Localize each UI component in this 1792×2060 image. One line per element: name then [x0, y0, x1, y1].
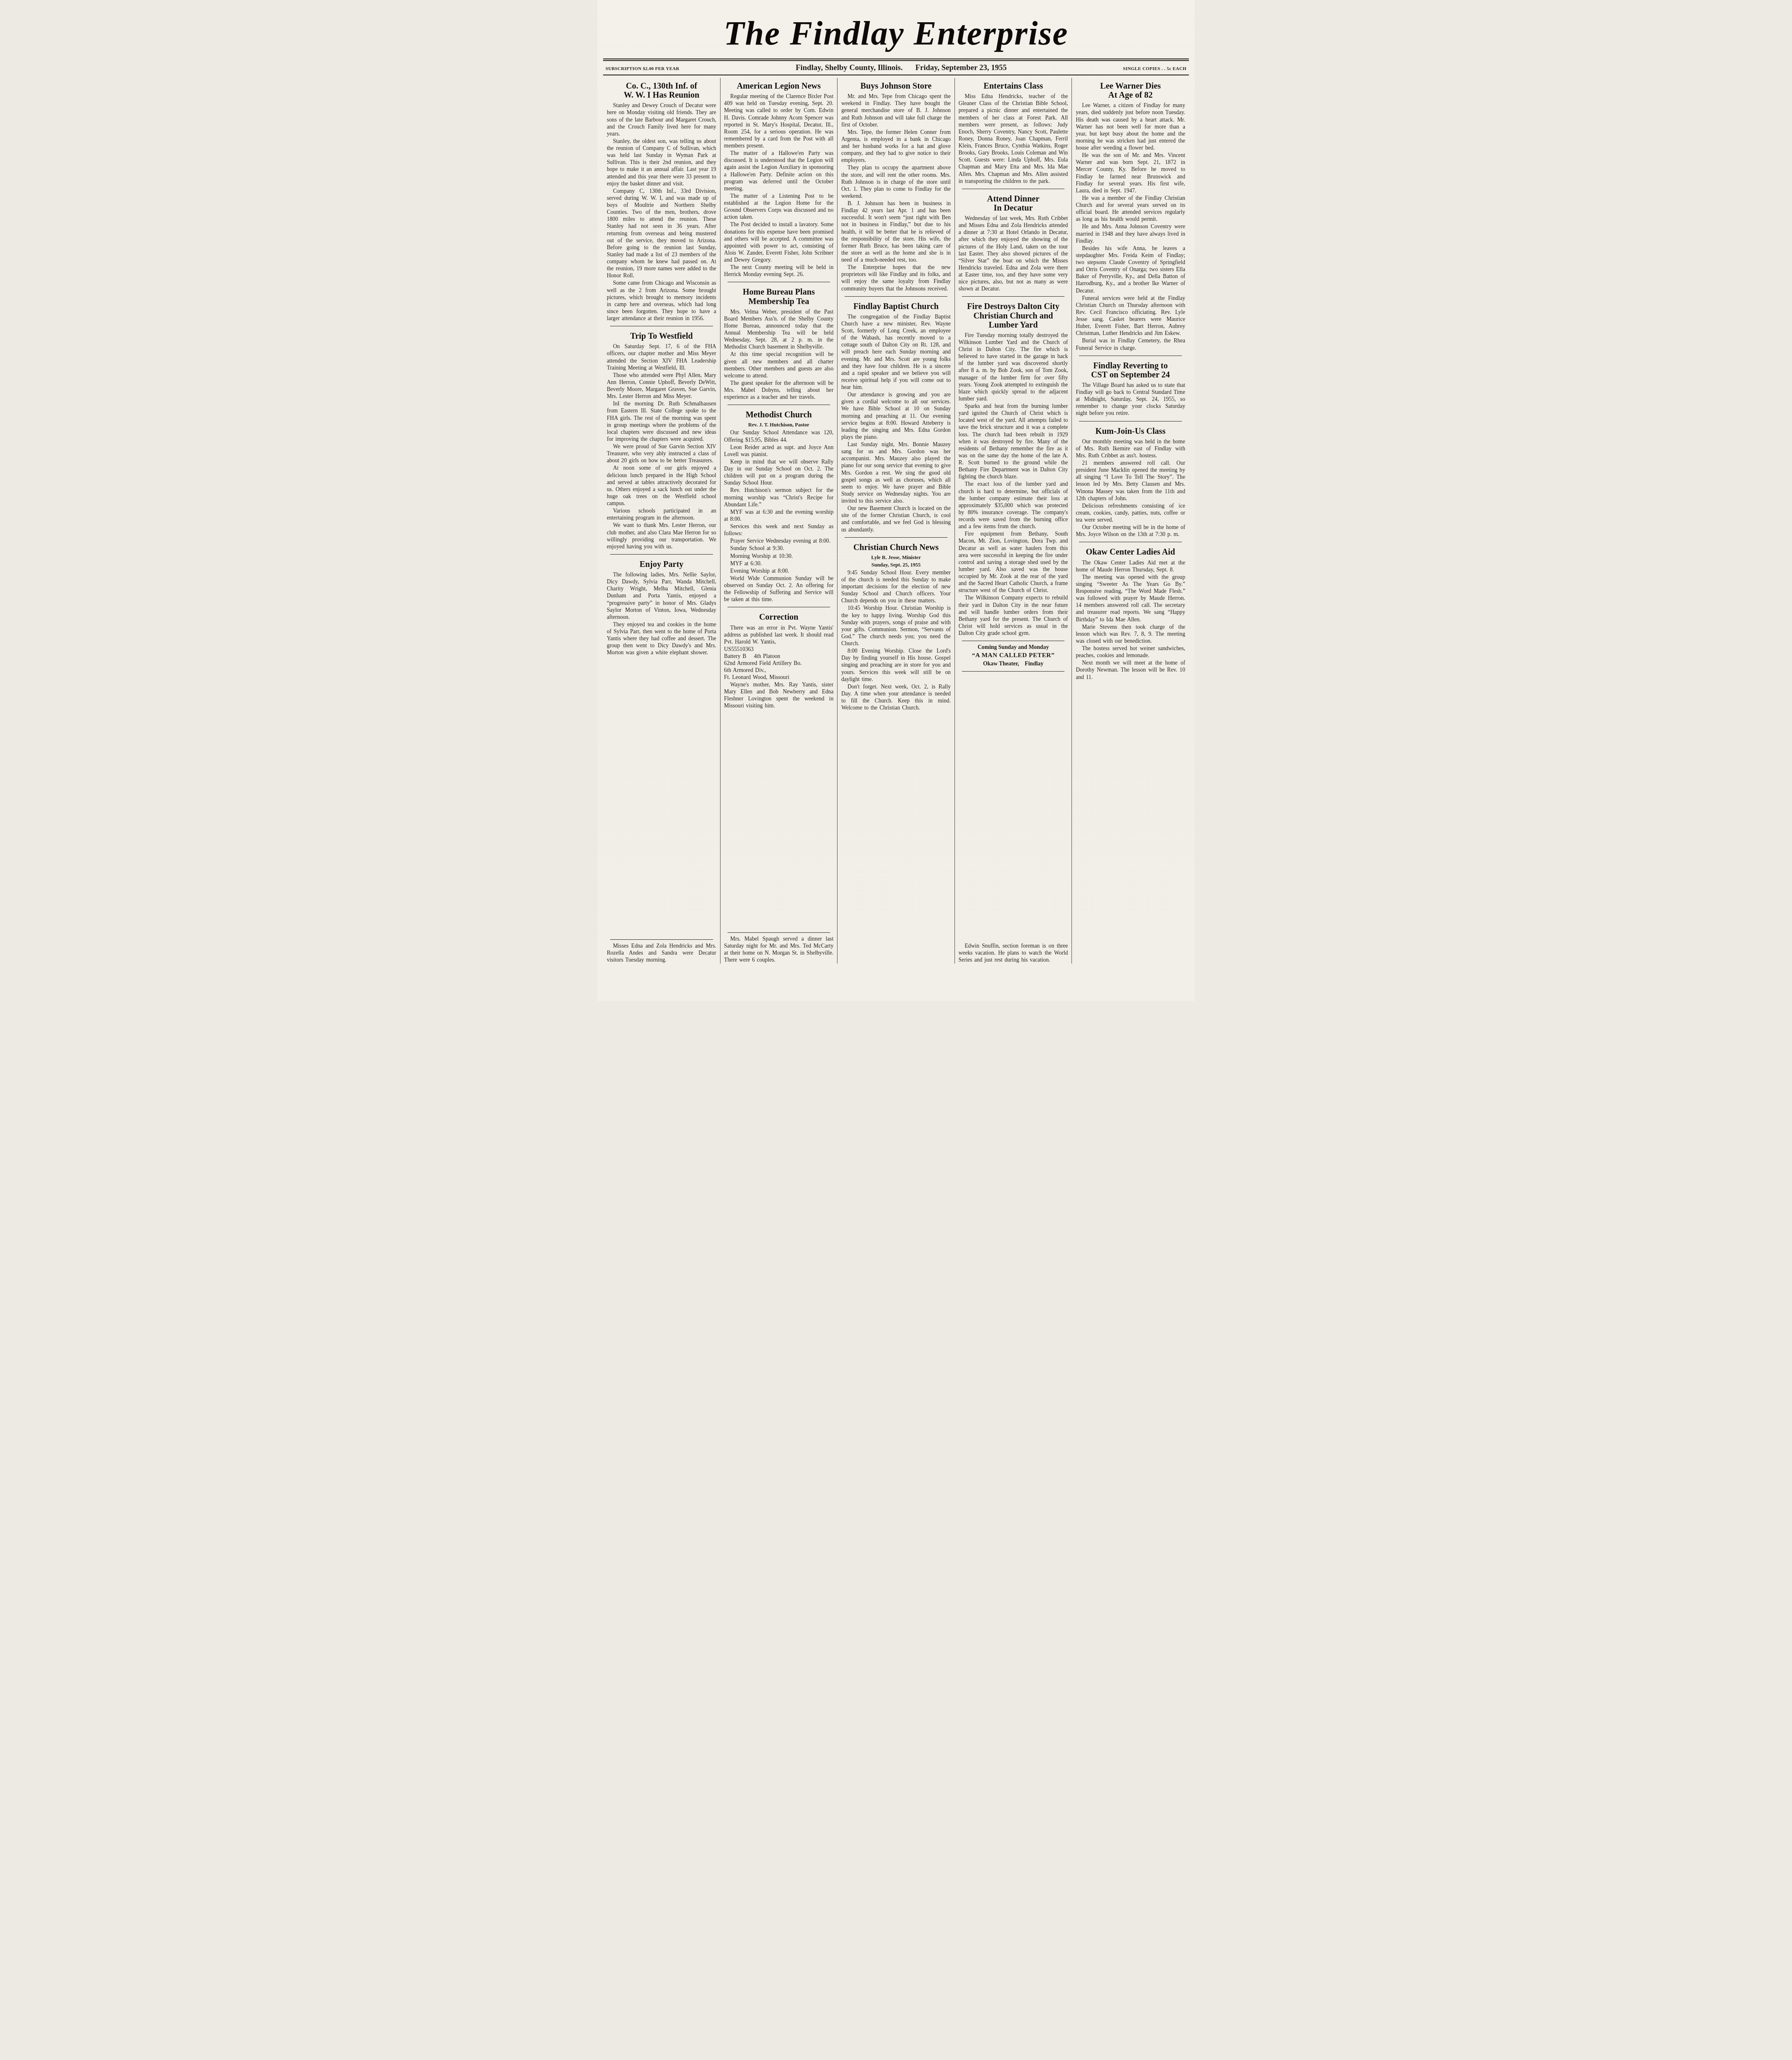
section-rule — [1079, 421, 1182, 421]
article-subhead: Sunday, Sept. 25, 1955 — [841, 562, 951, 568]
paragraph: Delicious refreshments consisting of ice… — [1076, 502, 1185, 523]
article-headline: Enjoy Party — [607, 560, 716, 569]
section-rule — [728, 405, 830, 405]
paragraph: Mrs. Velma Weber, president of the Past … — [724, 308, 834, 351]
paragraph: Burial was in Findlay Cemetery, the Rhea… — [1076, 337, 1185, 351]
columns: Co. C., 130th Inf. ofW. W. I Has Reunion… — [603, 78, 1189, 964]
paragraph: The following ladies, Mrs. Nellie Saylor… — [607, 571, 716, 620]
article-headline: Co. C., 130th Inf. ofW. W. I Has Reunion — [607, 82, 716, 100]
dateline: SUBSCRIPTION $2.00 PER YEAR Findlay, She… — [603, 61, 1189, 75]
newspaper-column: American Legion NewsRegular meeting of t… — [720, 78, 838, 964]
headline-line: Methodist Church — [724, 410, 834, 419]
headline-line: Kum-Join-Us Class — [1076, 427, 1185, 436]
article-headline: Home Bureau PlansMembership Tea — [724, 288, 834, 306]
headline-line: Correction — [724, 613, 834, 622]
article-headline: Correction — [724, 613, 834, 622]
headline-line: W. W. I Has Reunion — [607, 91, 716, 100]
section-rule — [1079, 542, 1182, 542]
paragraph: Our attendance is growing and you are gi… — [841, 391, 951, 440]
masthead-title: The Findlay Enterprise — [603, 16, 1189, 50]
paragraph: Regular meeting of the Clarence Bixler P… — [724, 93, 834, 149]
paragraph: The congregation of the Findlay Baptist … — [841, 313, 951, 391]
paragraph: InI the morning Dr. Ruth Schmalhausen fr… — [607, 400, 716, 442]
paragraph: The Village Board has asked us to state … — [1076, 382, 1185, 417]
headline-line: CST on September 24 — [1076, 370, 1185, 379]
section-rule — [728, 607, 830, 607]
address-line: Ft. Leonard Wood, Missouri — [724, 674, 834, 681]
paragraph: Sparks and heat from the burning lumber … — [959, 403, 1068, 480]
subscription-label: SUBSCRIPTION $2.00 PER YEAR — [606, 66, 679, 71]
section-rule — [610, 326, 713, 326]
paragraph: Stanley, the oldest son, was telling us … — [607, 138, 716, 187]
paragraph: Funeral services were held at the Findla… — [1076, 295, 1185, 337]
headline-line: Entertains Class — [959, 82, 1068, 91]
article-subhead: Rev. J. T. Hutchison, Pastor — [724, 422, 834, 428]
paragraph: He and Mrs. Anna Johnson Coventry were m… — [1076, 223, 1185, 244]
section-rule — [728, 282, 830, 282]
section-rule — [962, 189, 1065, 189]
section-rule — [1079, 356, 1182, 356]
article-subhead: Lyle R. Jesse, Minister — [841, 555, 951, 561]
article-headline: Fire Destroys Dalton CityChristian Churc… — [959, 302, 1068, 329]
paragraph: B. J. Johnson has been in business in Fi… — [841, 200, 951, 263]
column-spacer — [724, 709, 834, 929]
paragraph: 8:00 Evening Worship. Close the Lord's D… — [841, 647, 951, 683]
issue-date: Friday, September 23, 1955 — [915, 63, 1007, 72]
paragraph: MYF at 6:30. — [724, 560, 834, 567]
headline-line: In Decatur — [959, 204, 1068, 213]
headline-line: Fire Destroys Dalton City — [959, 302, 1068, 311]
paragraph: Mr. and Mrs. Tepe from Chicago spent the… — [841, 93, 951, 128]
paragraph: Next month we will meet at the home of D… — [1076, 659, 1185, 680]
paragraph: Fire Tuesday morning totally destroyed t… — [959, 332, 1068, 402]
paragraph: The meeting was opened with the group si… — [1076, 574, 1185, 623]
headline-line: Findlay Reverting to — [1076, 361, 1185, 370]
paragraph: 9:45 Sunday School Hour. Every member of… — [841, 569, 951, 604]
newspaper-column: Co. C., 130th Inf. ofW. W. I Has Reunion… — [603, 78, 720, 964]
paragraph: At noon some of our girls enjoyed a deli… — [607, 464, 716, 507]
article-headline: Findlay Reverting toCST on September 24 — [1076, 361, 1185, 379]
headline-line: Enjoy Party — [607, 560, 716, 569]
single-copies-label: SINGLE COPIES . . 5c EACH — [1123, 66, 1186, 71]
headline-line: Lumber Yard — [959, 321, 1068, 330]
paragraph: Stanley and Dewey Crouch of Decatur were… — [607, 102, 716, 137]
paragraph: Miss Edna Hendricks, teacher of the Glea… — [959, 93, 1068, 185]
paragraph: Lee Warner, a citizen of Findlay for man… — [1076, 102, 1185, 151]
paragraph: The next County meeting will be held in … — [724, 264, 834, 278]
headline-line: Christian Church News — [841, 543, 951, 552]
paragraph: Mrs. Mabel Spaugh served a dinner last S… — [724, 935, 834, 964]
dateline-rule — [603, 75, 1189, 75]
paragraph: Don't forget. Next week, Oct. 2, is Rall… — [841, 683, 951, 712]
paragraph: He was the son of Mr. and Mrs. Vincent W… — [1076, 152, 1185, 194]
article-headline: Buys Johnson Store — [841, 82, 951, 91]
paragraph: 21 members answered roll call. Our presi… — [1076, 459, 1185, 502]
headline-line: Membership Tea — [724, 297, 834, 306]
paragraph: Fire equipment from Bethany, South Macon… — [959, 530, 1068, 594]
paragraph: Misses Edna and Zola Hendricks and Mrs. … — [607, 942, 716, 963]
headline-line: American Legion News — [724, 82, 834, 91]
section-rule — [845, 296, 947, 297]
article-headline: Entertains Class — [959, 82, 1068, 91]
paragraph: Leon Reider acted as supt. and Joyce Ann… — [724, 444, 834, 458]
headline-line: Christian Church and — [959, 311, 1068, 321]
paragraph: Prayer Service Wednesday evening at 8:00… — [724, 537, 834, 544]
address-line: 6th Armored Div., — [724, 667, 834, 674]
address-line: US55510363 — [724, 646, 834, 653]
article-headline: Kum-Join-Us Class — [1076, 427, 1185, 436]
section-rule — [962, 641, 1065, 641]
article-headline: Attend DinnerIn Decatur — [959, 194, 1068, 213]
paragraph: Our October meeting will be in the home … — [1076, 524, 1185, 538]
headline-line: Trip To Westfield — [607, 332, 716, 341]
paragraph: We want to thank Mrs. Lester Herron, our… — [607, 522, 716, 550]
column-spacer — [607, 657, 716, 936]
paragraph: Last Sunday night, Mrs. Bonnie Mauzey sa… — [841, 441, 951, 504]
paragraph: The Okaw Center Ladies Aid met at the ho… — [1076, 559, 1185, 573]
newspaper-column: Buys Johnson StoreMr. and Mrs. Tepe from… — [837, 78, 954, 964]
paragraph: Those who attended were Phyl Allen, Mary… — [607, 372, 716, 400]
paragraph: They plan to occupy the apartment above … — [841, 164, 951, 199]
headline-line: Home Bureau Plans — [724, 288, 834, 297]
headline-line: Buys Johnson Store — [841, 82, 951, 91]
paragraph: World Wide Communion Sunday will be obse… — [724, 575, 834, 603]
paragraph: Our Sunday School Attendance was 120, Of… — [724, 429, 834, 443]
section-rule — [962, 671, 1065, 672]
headline-line: Lee Warner Dies — [1076, 82, 1185, 91]
address-line: Battery B 4th Platoon — [724, 653, 834, 660]
issue-place: Findlay, Shelby County, Illinois. — [795, 63, 903, 72]
newspaper-column: Lee Warner DiesAt Age of 82Lee Warner, a… — [1071, 78, 1189, 964]
paragraph: The Wilkinson Company expects to rebuild… — [959, 594, 1068, 637]
paragraph: Services this week and next Sunday as fo… — [724, 523, 834, 537]
paragraph: The hostess served hot weiner sandwiches… — [1076, 645, 1185, 659]
section-rule — [610, 554, 713, 555]
paragraph: 10:45 Worship Hour. Christian Worship is… — [841, 604, 951, 647]
article-headline: Trip To Westfield — [607, 332, 716, 341]
headline-line: At Age of 82 — [1076, 91, 1185, 100]
paragraph: Company C, 130th Inf., 33rd Division, se… — [607, 187, 716, 279]
paragraph: The guest speaker for the afternoon will… — [724, 379, 834, 400]
paragraph: Wayne's mother, Mrs. Ray Yantis, sister … — [724, 681, 834, 709]
paragraph: Marie Stevens then took charge of the le… — [1076, 623, 1185, 644]
paragraph: Morning Worship at 10:30. — [724, 552, 834, 559]
newspaper-page: The Findlay Enterprise SUBSCRIPTION $2.0… — [597, 0, 1195, 1001]
article-headline: Findlay Baptist Church — [841, 302, 951, 311]
paragraph: The Enterprise hopes that the new propri… — [841, 264, 951, 292]
paragraph: There was an error in Pvt. Wayne Yantis'… — [724, 624, 834, 645]
paragraph: We were proud of Sue Garvin Section XIV … — [607, 443, 716, 464]
paragraph: Keep in mind that we will observe Rally … — [724, 458, 834, 487]
article-headline: Okaw Center Ladies Aid — [1076, 548, 1185, 557]
section-rule — [610, 939, 713, 940]
section-rule — [728, 932, 830, 933]
address-line: 62nd Armored Field Artillery Bo. — [724, 660, 834, 667]
article-headline: Methodist Church — [724, 410, 834, 419]
masthead: The Findlay Enterprise — [603, 4, 1189, 54]
column-spacer — [959, 674, 1068, 942]
paragraph: Besides his wife Anna, he leaves a stepd… — [1076, 245, 1185, 294]
headline-line: Attend Dinner — [959, 194, 1068, 204]
article-headline: Lee Warner DiesAt Age of 82 — [1076, 82, 1185, 100]
article-headline: Christian Church News — [841, 543, 951, 552]
issue-line: Findlay, Shelby County, Illinois. Friday… — [795, 63, 1006, 73]
newspaper-column: Entertains ClassMiss Edna Hendricks, tea… — [954, 78, 1072, 964]
paragraph: Wednesday of last week, Mrs. Ruth Cribbe… — [959, 215, 1068, 292]
paragraph: Edwin Snuffin, section foreman is on thr… — [959, 942, 1068, 963]
section-rule — [845, 537, 947, 538]
headline-line: Co. C., 130th Inf. of — [607, 82, 716, 91]
article-headline: American Legion News — [724, 82, 834, 91]
paragraph: Mrs. Tepe, the former Helen Conner from … — [841, 129, 951, 164]
headline-line: Findlay Baptist Church — [841, 302, 951, 311]
paragraph: Evening Worship at 8:00. — [724, 567, 834, 574]
theater-ad-line: Coming Sunday and Monday — [959, 644, 1068, 651]
paragraph: Various schools participated in an enter… — [607, 507, 716, 521]
paragraph: MYF was at 6:30 and the evening worship … — [724, 508, 834, 522]
paragraph: The exact loss of the lumber yard and ch… — [959, 480, 1068, 530]
paragraph: On Saturday Sept. 17, 6 of the FHA offic… — [607, 343, 716, 371]
paragraph: Rev. Hutchison's sermon subject for the … — [724, 487, 834, 508]
theater-ad-line: “A MAN CALLED PETER” — [959, 651, 1068, 660]
paragraph: They enjoyed tea and cookies in the home… — [607, 621, 716, 656]
paragraph: The matter of a Hallowe'en Party was dis… — [724, 150, 834, 192]
paragraph: The matter of a Listening Post to be est… — [724, 192, 834, 221]
headline-line: Okaw Center Ladies Aid — [1076, 548, 1185, 557]
paragraph: Our new Basement Church is located on th… — [841, 505, 951, 533]
section-rule — [962, 296, 1065, 297]
paragraph: Sunday School at 9:30. — [724, 545, 834, 552]
theater-ad-line: Okaw Theater, Findlay — [959, 660, 1068, 668]
paragraph: The Post decided to install a lavatory. … — [724, 221, 834, 263]
paragraph: He was a member of the Findlay Christian… — [1076, 194, 1185, 223]
paragraph: Some came from Chicago and Wisconsin as … — [607, 279, 716, 322]
paragraph: At this time special recognition will be… — [724, 351, 834, 379]
paragraph: Our monthly meeting was held in the home… — [1076, 438, 1185, 459]
